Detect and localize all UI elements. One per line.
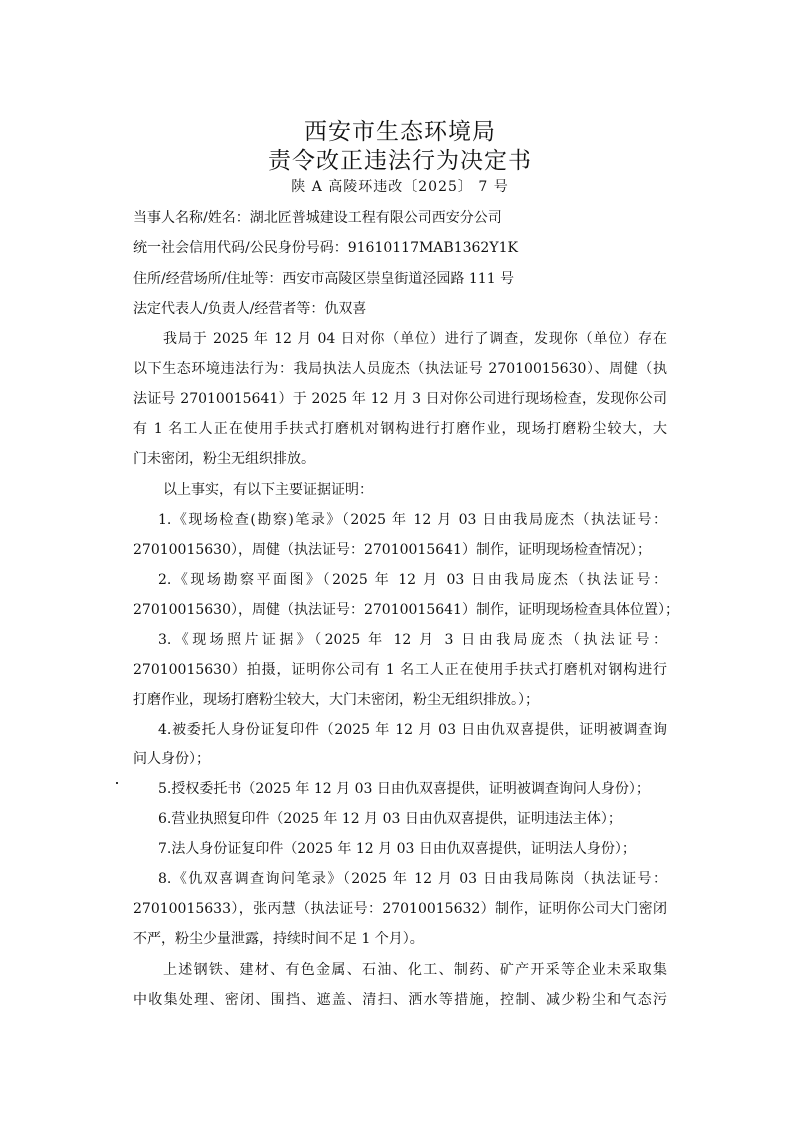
document-number: 陕 A 高陵环违改〔2025〕 7 号	[0, 178, 800, 196]
evidence-line: 4.被委托人身份证复印件（2025 年 12 月 03 日由仇双喜提供，证明被调…	[158, 720, 667, 740]
evidence-line: 3.《现场照片证据》（2025 年 12 月 3 日由我局庞杰（执法证号：	[158, 630, 667, 650]
agency-title: 西安市生态环境局	[0, 118, 800, 146]
findings-line: 以下生态环境违法行为：我局执法人员庞杰（执法证号 27010015630）、周健…	[133, 359, 667, 379]
evidence-line: 2.《现场勘察平面图》（2025 年 12 月 03 日由我局庞杰（执法证号：	[158, 570, 667, 590]
evidence-line: 5.授权委托书（2025 年 12 月 03 日由仇双喜提供，证明被调查询问人身…	[158, 779, 692, 799]
evidence-line: 6.营业执照复印件（2025 年 12 月 03 日由仇双喜提供，证明违法主体）…	[158, 809, 692, 829]
conclusion-line: 中收集处理、密闭、围挡、遮盖、清扫、洒水等措施，控制、减少粉尘和气态污	[133, 990, 667, 1010]
evidence-line: 27010015633），张丙慧（执法证号：27010015632）制作，证明你…	[133, 899, 667, 919]
evidence-line: 27010015630）拍摄，证明你公司有 1 名工人正在使用手扶式打磨机对钢构…	[133, 660, 667, 680]
evidence-line: 27010015630），周健（执法证号：27010015641）制作，证明现场…	[133, 540, 667, 560]
party-representative: 法定代表人/负责人/经营者等：仇双喜	[133, 299, 667, 319]
findings-line: 有 1 名工人正在使用手扶式打磨机对钢构进行打磨作业，现场打磨粉尘较大，大	[133, 419, 667, 439]
party-name: 当事人名称/姓名：湖北匠普城建设工程有限公司西安分公司	[133, 208, 667, 228]
evidence-line: 27010015630），周健（执法证号：27010015641）制作，证明现场…	[133, 600, 667, 620]
evidence-line: 打磨作业，现场打磨粉尘较大，大门未密闭，粉尘无组织排放。）；	[133, 690, 667, 710]
findings-line: 我局于 2025 年 12 月 04 日对你（单位）进行了调查，发现你（单位）存…	[163, 329, 667, 349]
document-title: 责令改正违法行为决定书	[0, 147, 800, 175]
evidence-line: 8.《仇双喜调查询问笔录》（2025 年 12 月 03 日由我局陈岗（执法证号…	[158, 869, 667, 889]
party-address: 住所/经营场所/住址等：西安市高陵区崇皇街道泾园路 111 号	[133, 269, 667, 289]
evidence-line: 问人身份）；	[133, 749, 667, 769]
evidence-intro: 以上事实，有以下主要证据证明：	[163, 480, 697, 500]
findings-line: 门未密闭，粉尘无组织排放。	[133, 449, 667, 469]
evidence-line: 不严，粉尘少量泄露，持续时间不足 1 个月）。	[133, 929, 667, 949]
evidence-line: 1.《现场检查(勘察)笔录》（2025 年 12 月 03 日由我局庞杰（执法证…	[158, 510, 667, 530]
party-credit-code: 统一社会信用代码/公民身份号码：91610117MAB1362Y1K	[133, 238, 667, 258]
evidence-line: 7.法人身份证复印件（2025 年 12 月 03 日由仇双喜提供，证明法人身份…	[158, 839, 692, 859]
findings-line: 法证号 27010015641）于 2025 年 12 月 3 日对你公司进行现…	[133, 389, 667, 409]
conclusion-line: 上述钢铁、建材、有色金属、石油、化工、制药、矿产开采等企业未采取集	[163, 960, 667, 980]
scan-speck	[116, 782, 118, 784]
document-page: 西安市生态环境局 责令改正违法行为决定书 陕 A 高陵环违改〔2025〕 7 号…	[0, 0, 800, 1139]
